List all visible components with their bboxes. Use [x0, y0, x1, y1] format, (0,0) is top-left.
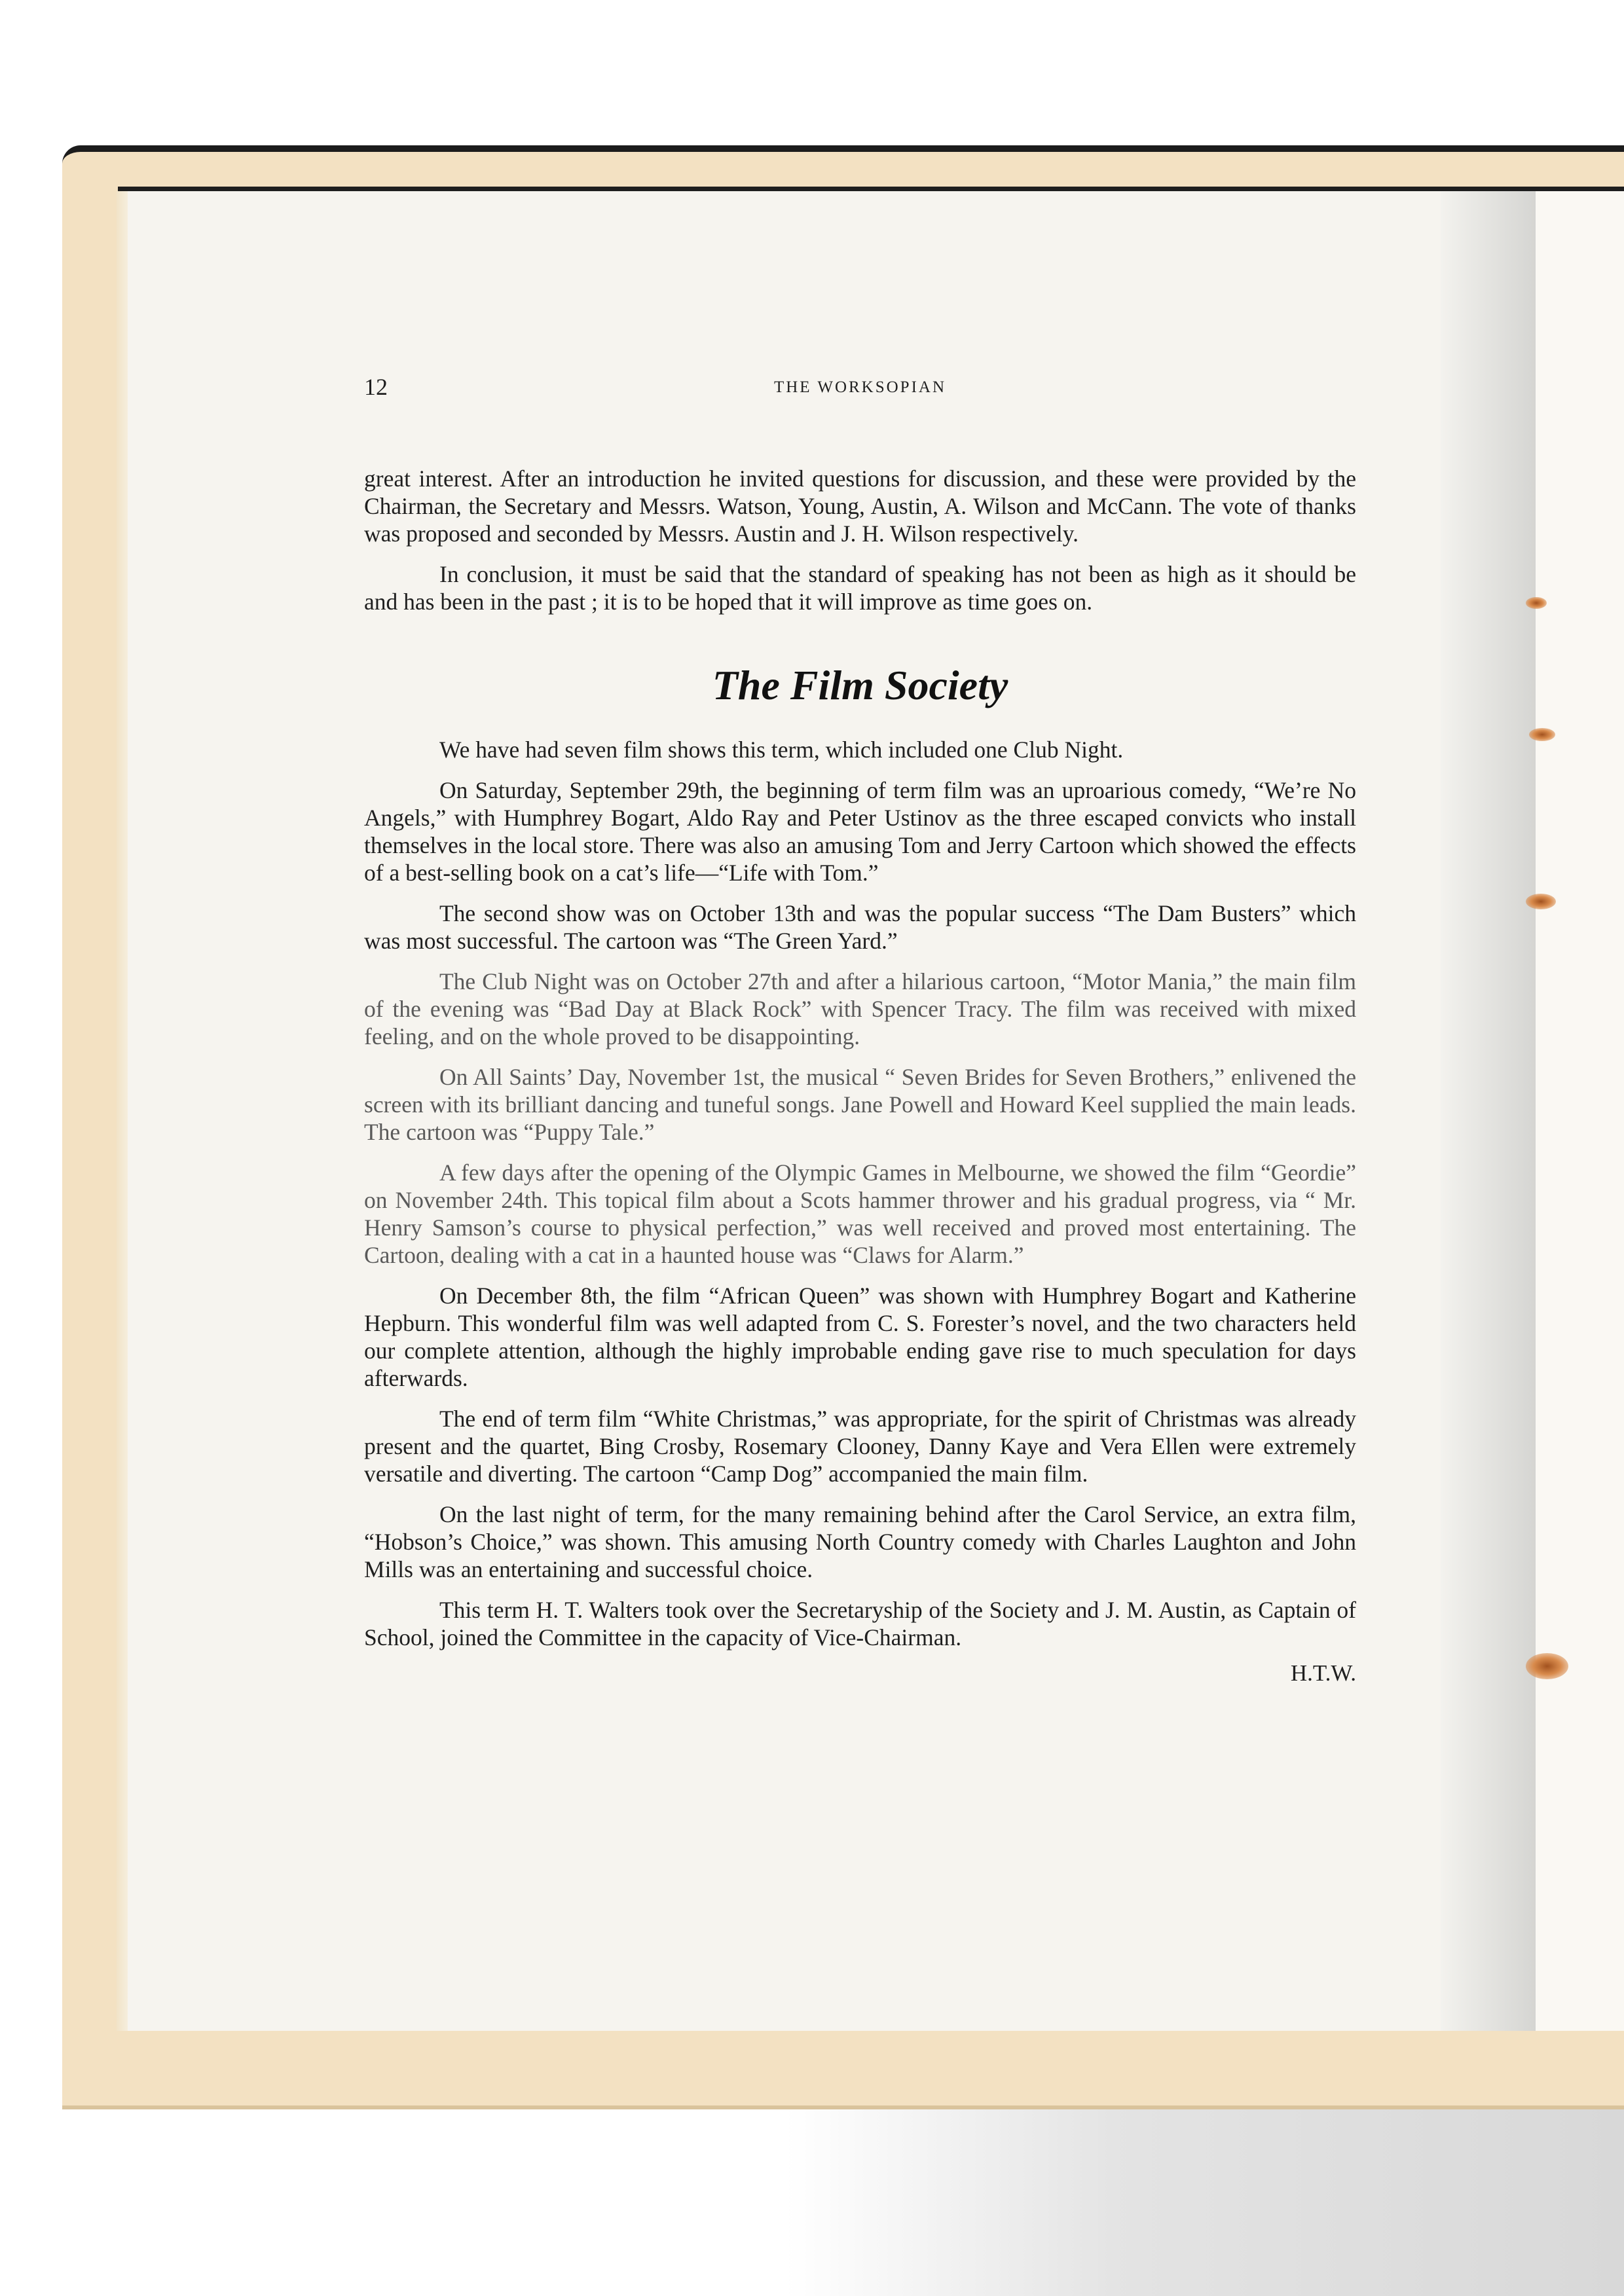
paragraph: This term H. T. Walters took over the Se… — [364, 1596, 1356, 1651]
paragraph: The second show was on October 13th and … — [364, 900, 1356, 955]
paragraph: On December 8th, the film “African Queen… — [364, 1282, 1356, 1392]
paragraph: On the last night of term, for the many … — [364, 1501, 1356, 1583]
stain-spot — [1529, 728, 1555, 741]
article-body: We have had seven film shows this term, … — [364, 736, 1356, 1686]
paragraph: A few days after the opening of the Olym… — [364, 1159, 1356, 1269]
stain-spot — [1526, 894, 1556, 909]
facing-page-edge — [1536, 191, 1624, 2031]
author-initials: H.T.W. — [364, 1660, 1356, 1686]
stain-spot — [1526, 1653, 1568, 1679]
paragraph: The Club Night was on October 27th and a… — [364, 968, 1356, 1050]
stain-spot — [1526, 597, 1547, 609]
paragraph: great interest. After an introduction he… — [364, 465, 1356, 547]
paragraph: On Saturday, September 29th, the beginni… — [364, 776, 1356, 886]
paragraph: The end of term film “White Christmas,” … — [364, 1405, 1356, 1487]
article-title: The Film Society — [364, 661, 1356, 710]
paragraph: On All Saints’ Day, November 1st, the mu… — [364, 1063, 1356, 1146]
paragraph: We have had seven film shows this term, … — [364, 736, 1356, 763]
previous-section-ending: great interest. After an introduction he… — [364, 465, 1356, 615]
journal-title: THE WORKSOPIAN — [364, 378, 1356, 397]
page-content: 12 THE WORKSOPIAN great interest. After … — [364, 373, 1356, 1686]
paragraph: In conclusion, it must be said that the … — [364, 560, 1356, 615]
running-header: 12 THE WORKSOPIAN — [364, 373, 1356, 412]
scanner-shadow — [786, 2102, 1624, 2296]
